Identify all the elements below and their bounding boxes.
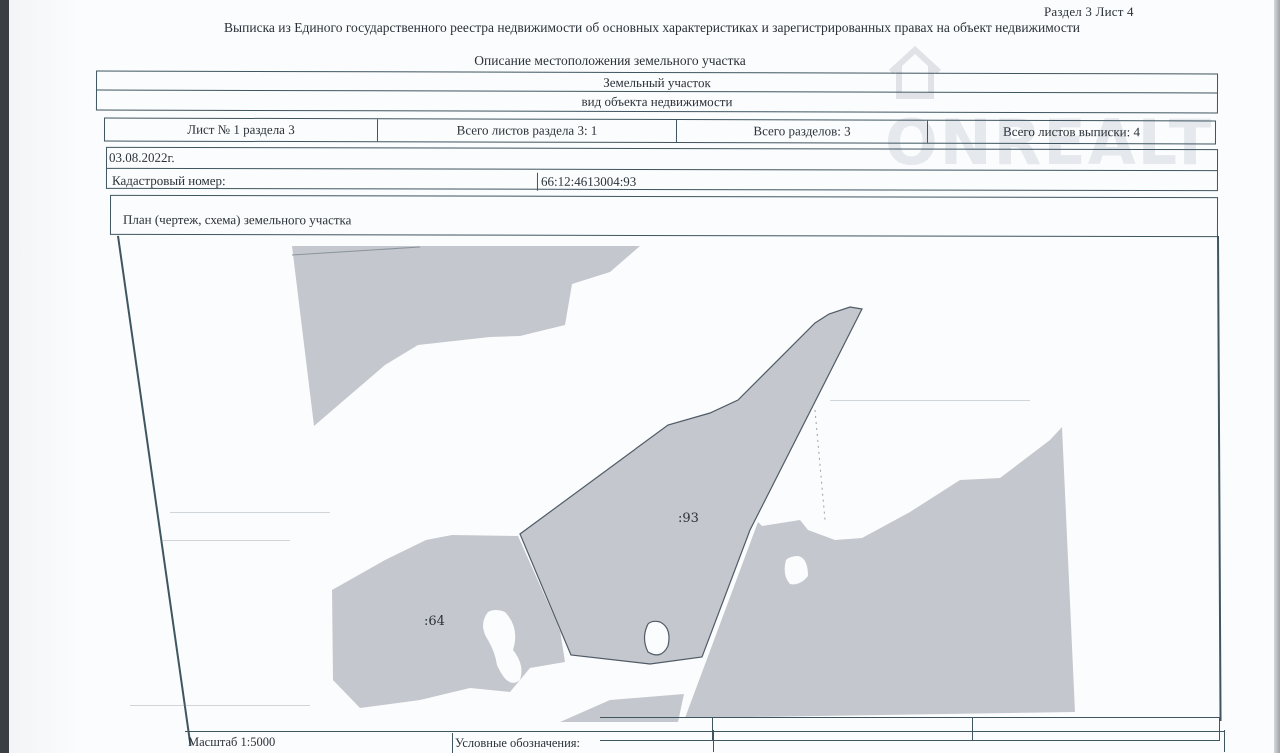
parcel-64[interactable] [332,535,565,708]
parcel-64-label: :64 [424,614,445,629]
scan-artifact [130,705,310,706]
neighbor-parcel-north-west [292,246,640,426]
scan-artifact [170,512,330,513]
legend-label: Условные обозначения: [452,733,580,753]
cadastral-plan-map [0,0,1280,753]
map-scale: Масштаб 1:5000 [188,735,275,750]
scan-artifact [160,540,290,541]
footer-row-lower: Масштаб 1:5000 Условные обозначения: [185,731,1225,753]
scan-artifact [830,400,1030,401]
parcel-93-label: :93 [678,511,699,526]
